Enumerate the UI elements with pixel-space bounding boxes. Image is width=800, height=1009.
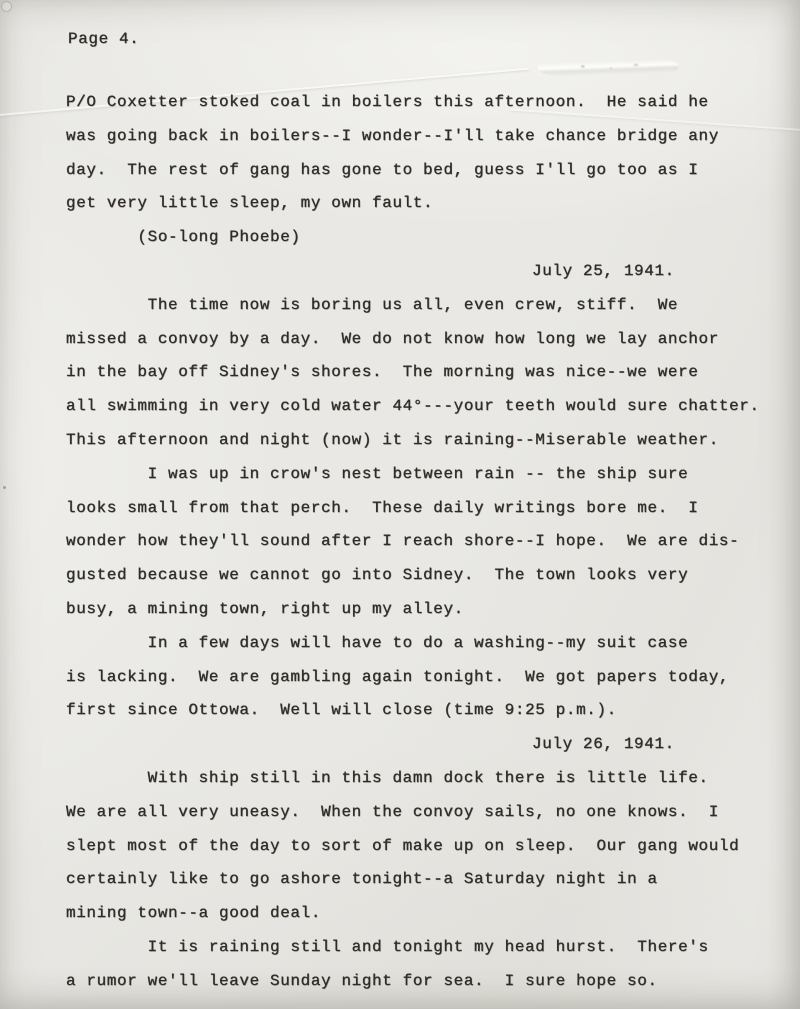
page-number-label: Page 4. <box>68 30 139 48</box>
typed-line-14: wonder how they'll sound after I reach s… <box>66 525 782 559</box>
eraser-smudge <box>538 54 678 80</box>
typed-line-1: P/O Coxetter stoked coal in boilers this… <box>66 86 782 120</box>
typed-line-10: all swimming in very cold water 44°---yo… <box>66 390 782 424</box>
typed-line-15: gusted because we cannot go into Sidney.… <box>66 559 782 593</box>
typed-line-18: is lacking. We are gambling again tonigh… <box>66 661 782 695</box>
typed-line-19: first since Ottowa. Well will close (tim… <box>66 694 782 728</box>
typed-line-24: certainly like to go ashore tonight--a S… <box>66 863 782 897</box>
typed-line-25: mining town--a good deal. <box>66 897 782 931</box>
typed-line-7: The time now is boring us all, even crew… <box>66 289 782 323</box>
typed-line-23: slept most of the day to sort of make up… <box>66 830 782 864</box>
scanned-diary-page: Page 4. P/O Coxetter stoked coal in boil… <box>0 0 800 1009</box>
typed-line-4: get very little sleep, my own fault. <box>66 187 782 221</box>
typed-line-6: July 25, 1941. <box>532 255 782 289</box>
typed-line-3: day. The rest of gang has gone to bed, g… <box>66 154 782 188</box>
typed-line-26: It is raining still and tonight my head … <box>66 931 782 965</box>
typed-line-17: In a few days will have to do a washing-… <box>66 627 782 661</box>
typed-line-9: in the bay off Sidney's shores. The morn… <box>66 356 782 390</box>
typed-line-21: With ship still in this damn dock there … <box>66 762 782 796</box>
punch-ring-mark <box>1 1 12 12</box>
typed-text-block: P/O Coxetter stoked coal in boilers this… <box>66 86 782 999</box>
typed-line-8: missed a convoy by a day. We do not know… <box>66 323 782 357</box>
typed-line-5: (So-long Phoebe) <box>66 221 782 255</box>
typed-line-20: July 26, 1941. <box>532 728 782 762</box>
typed-line-2: was going back in boilers--I wonder--I'l… <box>66 120 782 154</box>
typed-line-12: I was up in crow's nest between rain -- … <box>66 458 782 492</box>
typed-line-22: We are all very uneasy. When the convoy … <box>66 796 782 830</box>
typed-line-27: a rumor we'll leave Sunday night for sea… <box>66 965 782 999</box>
typed-line-13: looks small from that perch. These daily… <box>66 492 782 526</box>
typed-line-16: busy, a mining town, right up my alley. <box>66 593 782 627</box>
typed-line-11: This afternoon and night (now) it is rai… <box>66 424 782 458</box>
ink-speck <box>3 486 6 489</box>
